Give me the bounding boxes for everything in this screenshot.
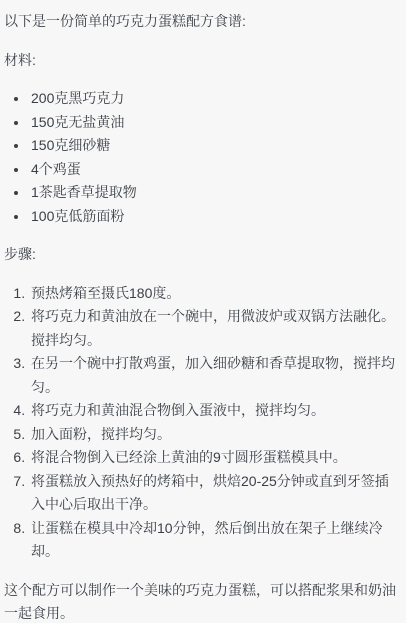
intro-paragraph: 以下是一份简单的巧克力蛋糕配方食谱: (4, 10, 397, 34)
step-item: 将蛋糕放入预热好的烤箱中，烘焙20-25分钟或直到牙签插入中心后取出干净。 (29, 470, 397, 517)
step-item: 将巧克力和黄油混合物倒入蛋液中，搅拌均匀。 (29, 399, 397, 423)
step-item: 预热烤箱至摄氏180度。 (29, 282, 397, 306)
ingredient-item: 100克低筋面粉 (29, 205, 397, 229)
ingredients-heading: 材料: (4, 49, 397, 73)
recipe-document: 以下是一份简单的巧克力蛋糕配方食谱: 材料: 200克黑巧克力150克无盐黄油1… (0, 0, 406, 623)
step-item: 将混合物倒入已经涂上黄油的9寸圆形蛋糕模具中。 (29, 446, 397, 470)
ingredient-item: 150克细砂糖 (29, 134, 397, 158)
step-item: 在另一个碗中打散鸡蛋，加入细砂糖和香草提取物，搅拌均匀。 (29, 352, 397, 399)
ingredients-list: 200克黑巧克力150克无盐黄油150克细砂糖4个鸡蛋1茶匙香草提取物100克低… (4, 87, 397, 228)
steps-heading: 步骤: (4, 243, 397, 267)
step-item: 将巧克力和黄油放在一个碗中，用微波炉或双锅方法融化。搅拌均匀。 (29, 305, 397, 352)
ingredient-item: 4个鸡蛋 (29, 158, 397, 182)
steps-list: 预热烤箱至摄氏180度。将巧克力和黄油放在一个碗中，用微波炉或双锅方法融化。搅拌… (4, 282, 397, 564)
outro-paragraph: 这个配方可以制作一个美味的巧克力蛋糕，可以搭配浆果和奶油一起食用。 (4, 579, 397, 623)
step-item: 让蛋糕在模具中冷却10分钟，然后倒出放在架子上继续冷却。 (29, 517, 397, 564)
ingredient-item: 150克无盐黄油 (29, 111, 397, 135)
ingredient-item: 1茶匙香草提取物 (29, 181, 397, 205)
ingredient-item: 200克黑巧克力 (29, 87, 397, 111)
step-item: 加入面粉，搅拌均匀。 (29, 423, 397, 447)
